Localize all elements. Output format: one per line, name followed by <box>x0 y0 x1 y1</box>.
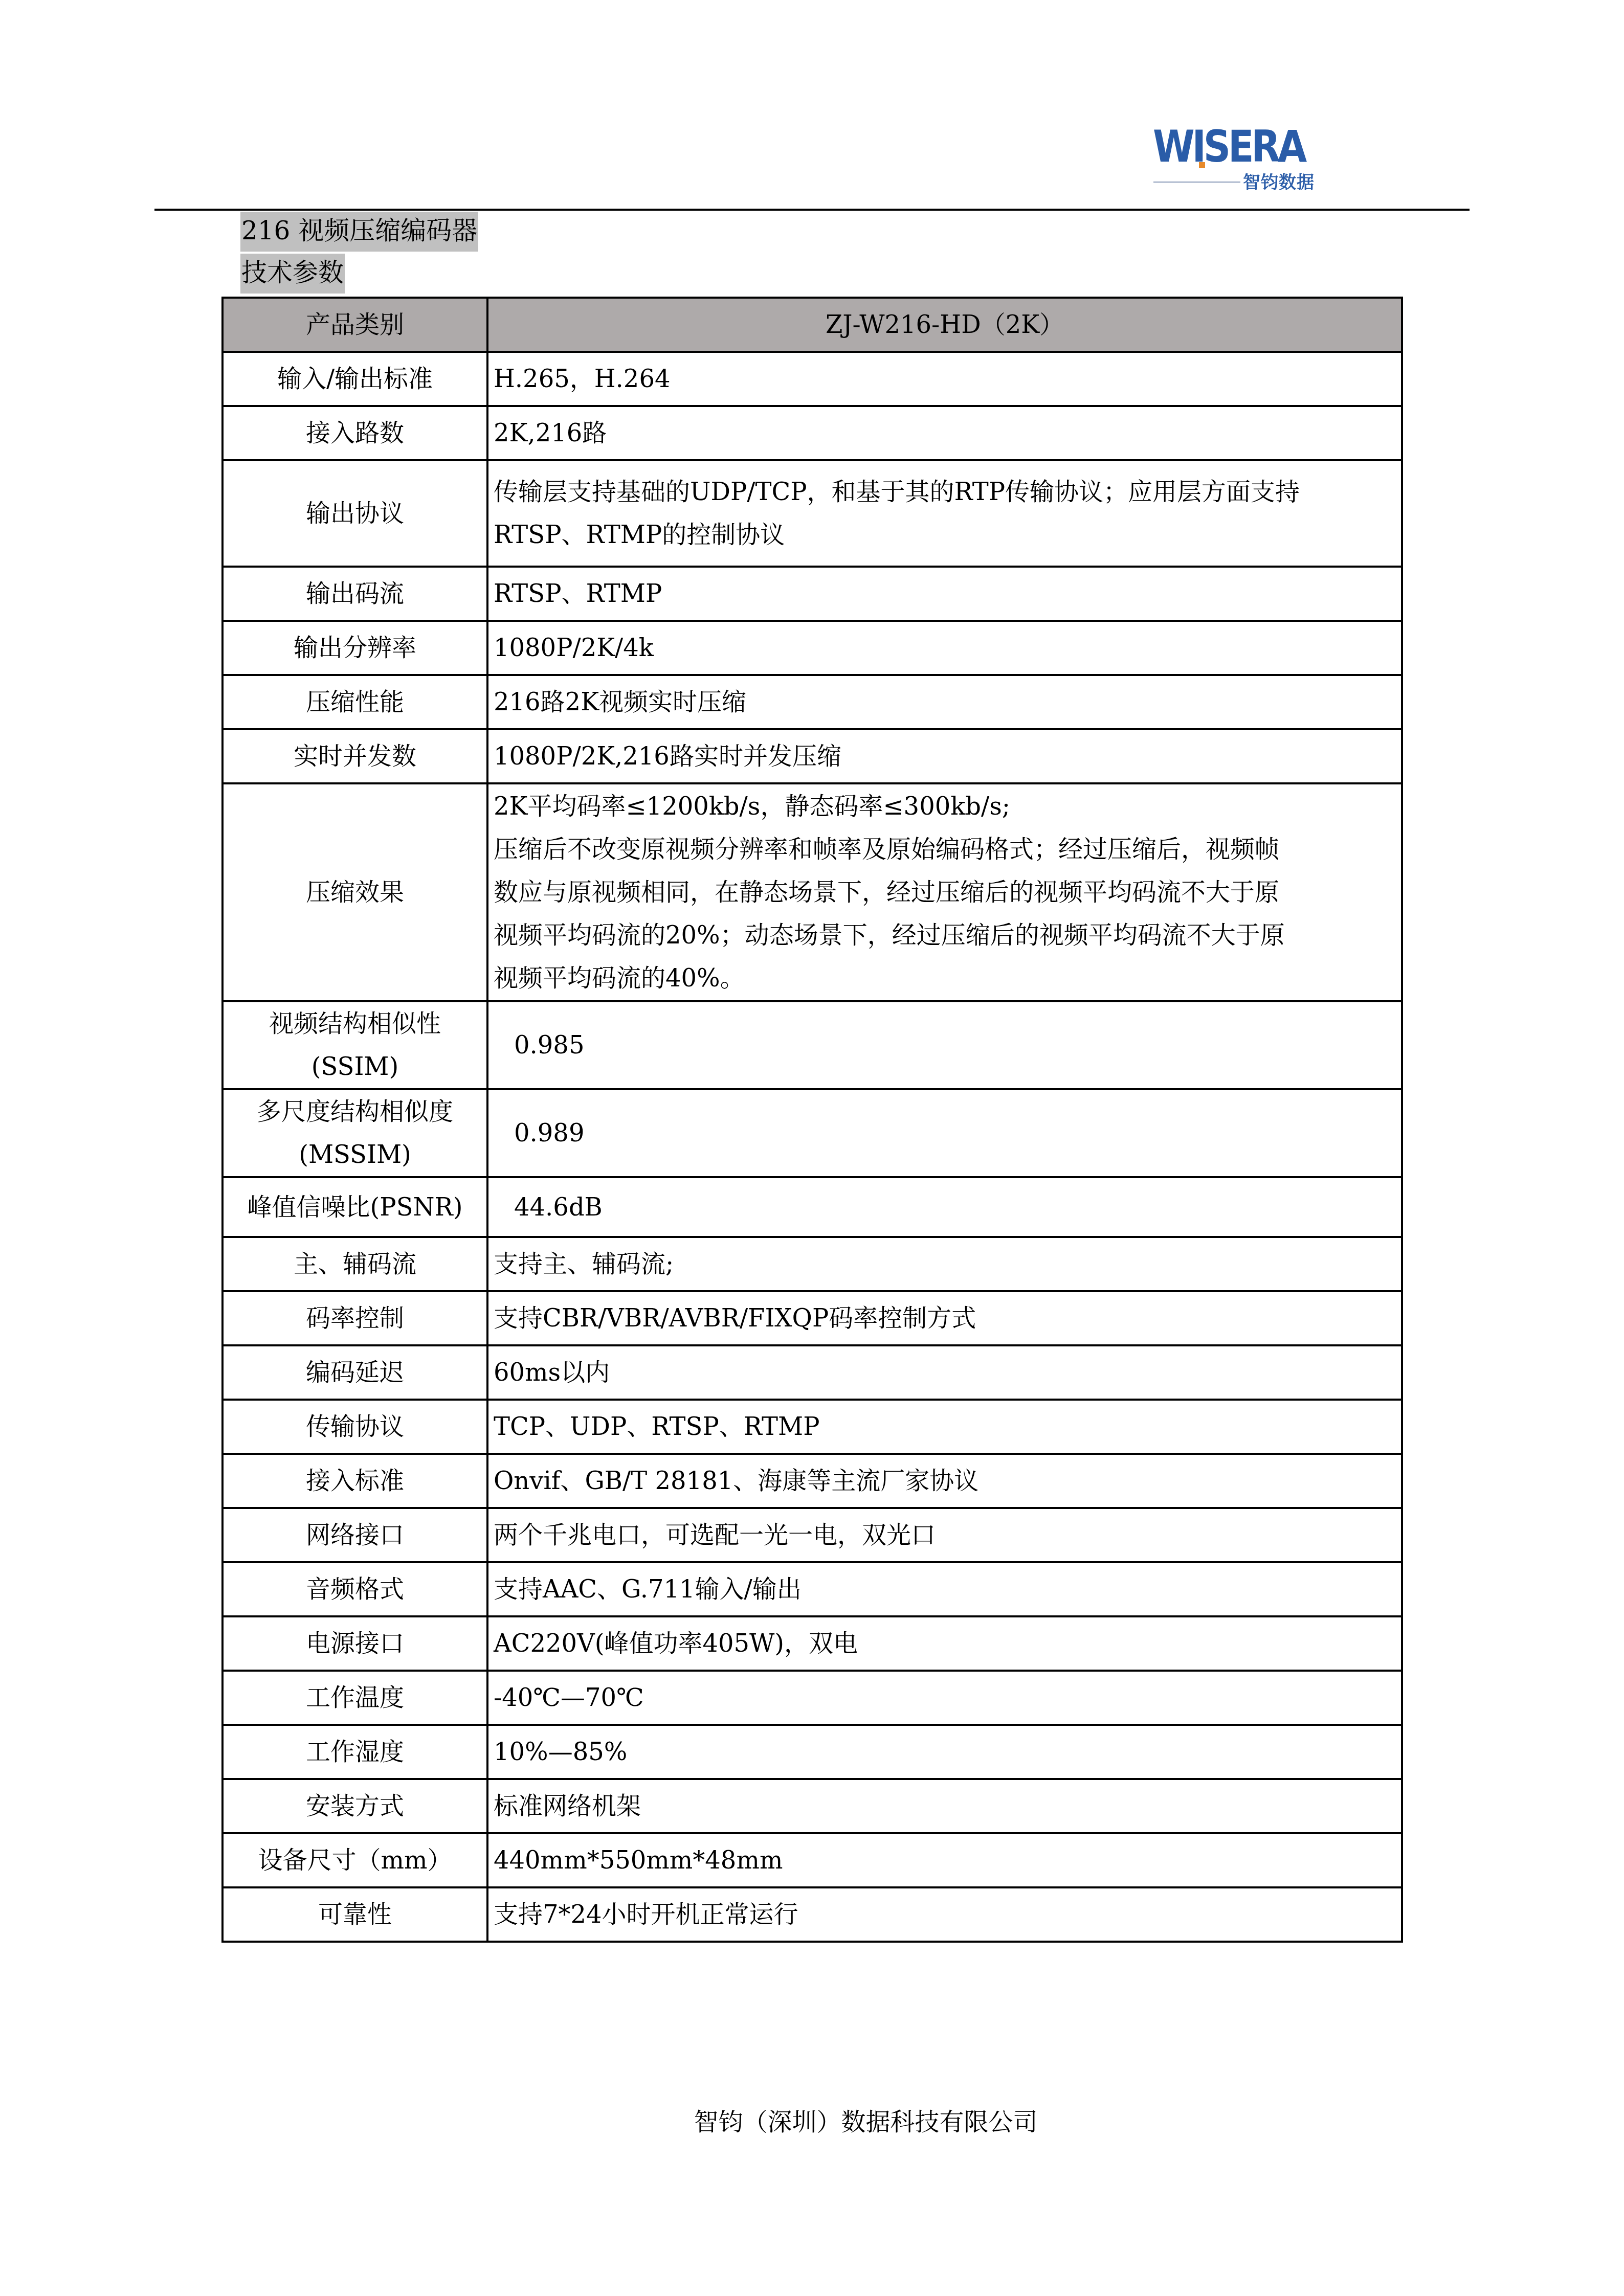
table-row: 工作湿度 10%—85% <box>223 1725 1402 1779</box>
row-label: 码率控制 <box>223 1291 487 1345</box>
row-label: 输出分辨率 <box>223 621 487 675</box>
value-line: RTSP、RTMP的控制协议 <box>494 513 1396 556</box>
table-row: 输入/输出标准 H.265，H.264 <box>223 352 1402 406</box>
row-value: 2K平均码率≤1200kb/s，静态码率≤300kb/s; 压缩后不改变原视频分… <box>487 783 1402 1001</box>
table-row: 压缩性能 216路2K视频实时压缩 <box>223 675 1402 729</box>
header-model-cell: ZJ-W216-HD（2K） <box>487 298 1402 352</box>
table-row: 接入路数 2K,216路 <box>223 406 1402 460</box>
table-header-row: 产品类别 ZJ-W216-HD（2K） <box>223 298 1402 352</box>
value-line: 数应与原视频相同，在静态场景下，经过压缩后的视频平均码流不大于原 <box>494 871 1396 914</box>
logo-divider-line <box>1153 182 1240 183</box>
header-label-cell: 产品类别 <box>223 298 487 352</box>
table-row: 视频结构相似性 (SSIM) 0.985 <box>223 1001 1402 1089</box>
footer-company-name: 智钧（深圳）数据科技有限公司 <box>0 2107 1624 2137</box>
table-row: 实时并发数 1080P/2K,216路实时并发压缩 <box>223 729 1402 783</box>
logo-chinese-name: 智钧数据 <box>1243 172 1315 193</box>
label-line: (SSIM) <box>224 1045 486 1088</box>
row-value: TCP、UDP、RTSP、RTMP <box>487 1400 1402 1454</box>
table-row: 传输协议 TCP、UDP、RTSP、RTMP <box>223 1400 1402 1454</box>
row-label: 工作温度 <box>223 1671 487 1725</box>
table-row: 音频格式 支持AAC、G.711输入/输出 <box>223 1562 1402 1616</box>
row-label: 多尺度结构相似度 (MSSIM) <box>223 1089 487 1177</box>
value-line: 视频平均码流的40%。 <box>494 957 1396 1000</box>
row-value: 0.989 <box>487 1089 1402 1177</box>
row-label: 编码延迟 <box>223 1345 487 1400</box>
label-line: 多尺度结构相似度 <box>224 1090 486 1133</box>
row-label: 输入/输出标准 <box>223 352 487 406</box>
row-value: 0.985 <box>487 1001 1402 1089</box>
row-label: 接入标准 <box>223 1454 487 1508</box>
row-value: 支持AAC、G.711输入/输出 <box>487 1562 1402 1616</box>
row-value: 2K,216路 <box>487 406 1402 460</box>
table-row: 设备尺寸（mm） 440mm*550mm*48mm <box>223 1833 1402 1887</box>
row-value: 支持7*24小时开机正常运行 <box>487 1887 1402 1942</box>
spec-table: 产品类别 ZJ-W216-HD（2K） 输入/输出标准 H.265，H.264 … <box>221 297 1403 1943</box>
row-label: 实时并发数 <box>223 729 487 783</box>
row-label: 输出协议 <box>223 460 487 567</box>
row-value: 440mm*550mm*48mm <box>487 1833 1402 1887</box>
row-label: 压缩效果 <box>223 783 487 1001</box>
table-row: 工作温度 -40℃—70℃ <box>223 1671 1402 1725</box>
row-value: 1080P/2K/4k <box>487 621 1402 675</box>
row-label: 接入路数 <box>223 406 487 460</box>
table-row: 多尺度结构相似度 (MSSIM) 0.989 <box>223 1089 1402 1177</box>
row-label: 安装方式 <box>223 1779 487 1833</box>
section-heading: 技术参数 <box>240 254 345 294</box>
value-line: 压缩后不改变原视频分辨率和帧率及原始编码格式；经过压缩后，视频帧 <box>494 828 1396 871</box>
row-label: 传输协议 <box>223 1400 487 1454</box>
row-value: 216路2K视频实时压缩 <box>487 675 1402 729</box>
row-label: 峰值信噪比(PSNR) <box>223 1177 487 1237</box>
row-value: 标准网络机架 <box>487 1779 1402 1833</box>
label-line: (MSSIM) <box>224 1133 486 1176</box>
row-value: 44.6dB <box>487 1177 1402 1237</box>
table-row: 安装方式 标准网络机架 <box>223 1779 1402 1833</box>
table-row: 网络接口 两个千兆电口，可选配一光一电，双光口 <box>223 1508 1402 1562</box>
table-row: 输出码流 RTSP、RTMP <box>223 567 1402 621</box>
table-row: 输出协议 传输层支持基础的UDP/TCP，和基于其的RTP传输协议；应用层方面支… <box>223 460 1402 567</box>
row-label: 电源接口 <box>223 1616 487 1671</box>
row-value: 60ms以内 <box>487 1345 1402 1400</box>
company-logo: WISERA 智钧数据 <box>1151 125 1330 197</box>
row-value: 支持CBR/VBR/AVBR/FIXQP码率控制方式 <box>487 1291 1402 1345</box>
value-line: 传输层支持基础的UDP/TCP，和基于其的RTP传输协议；应用层方面支持 <box>494 470 1396 513</box>
table-row: 接入标准 Onvif、GB/T 28181、海康等主流厂家协议 <box>223 1454 1402 1508</box>
row-value: 支持主、辅码流; <box>487 1237 1402 1291</box>
table-row: 主、辅码流 支持主、辅码流; <box>223 1237 1402 1291</box>
row-label: 网络接口 <box>223 1508 487 1562</box>
row-value: Onvif、GB/T 28181、海康等主流厂家协议 <box>487 1454 1402 1508</box>
row-label: 设备尺寸（mm） <box>223 1833 487 1887</box>
row-value: AC220V(峰值功率405W)，双电 <box>487 1616 1402 1671</box>
logo-wordmark: WISERA <box>1153 126 1304 167</box>
table-row: 可靠性 支持7*24小时开机正常运行 <box>223 1887 1402 1942</box>
row-label: 压缩性能 <box>223 675 487 729</box>
row-label: 工作湿度 <box>223 1725 487 1779</box>
header-rule <box>154 209 1470 211</box>
row-value: 两个千兆电口，可选配一光一电，双光口 <box>487 1508 1402 1562</box>
value-line: 2K平均码率≤1200kb/s，静态码率≤300kb/s; <box>494 785 1396 828</box>
row-label: 音频格式 <box>223 1562 487 1616</box>
row-value: 1080P/2K,216路实时并发压缩 <box>487 729 1402 783</box>
table-row: 编码延迟 60ms以内 <box>223 1345 1402 1400</box>
row-label: 可靠性 <box>223 1887 487 1942</box>
row-label: 主、辅码流 <box>223 1237 487 1291</box>
logo-orange-dot-icon <box>1199 162 1205 168</box>
row-value: 10%—85% <box>487 1725 1402 1779</box>
table-row: 电源接口 AC220V(峰值功率405W)，双电 <box>223 1616 1402 1671</box>
table-row: 输出分辨率 1080P/2K/4k <box>223 621 1402 675</box>
document-title: 216 视频压缩编码器 <box>240 212 478 252</box>
value-line: 视频平均码流的20%；动态场景下，经过压缩后的视频平均码流不大于原 <box>494 914 1396 957</box>
row-value: RTSP、RTMP <box>487 567 1402 621</box>
label-line: 视频结构相似性 <box>224 1002 486 1045</box>
table-row: 码率控制 支持CBR/VBR/AVBR/FIXQP码率控制方式 <box>223 1291 1402 1345</box>
row-value: 传输层支持基础的UDP/TCP，和基于其的RTP传输协议；应用层方面支持 RTS… <box>487 460 1402 567</box>
row-label: 视频结构相似性 (SSIM) <box>223 1001 487 1089</box>
row-value: -40℃—70℃ <box>487 1671 1402 1725</box>
row-value: H.265，H.264 <box>487 352 1402 406</box>
table-row: 峰值信噪比(PSNR) 44.6dB <box>223 1177 1402 1237</box>
table-row: 压缩效果 2K平均码率≤1200kb/s，静态码率≤300kb/s; 压缩后不改… <box>223 783 1402 1001</box>
row-label: 输出码流 <box>223 567 487 621</box>
